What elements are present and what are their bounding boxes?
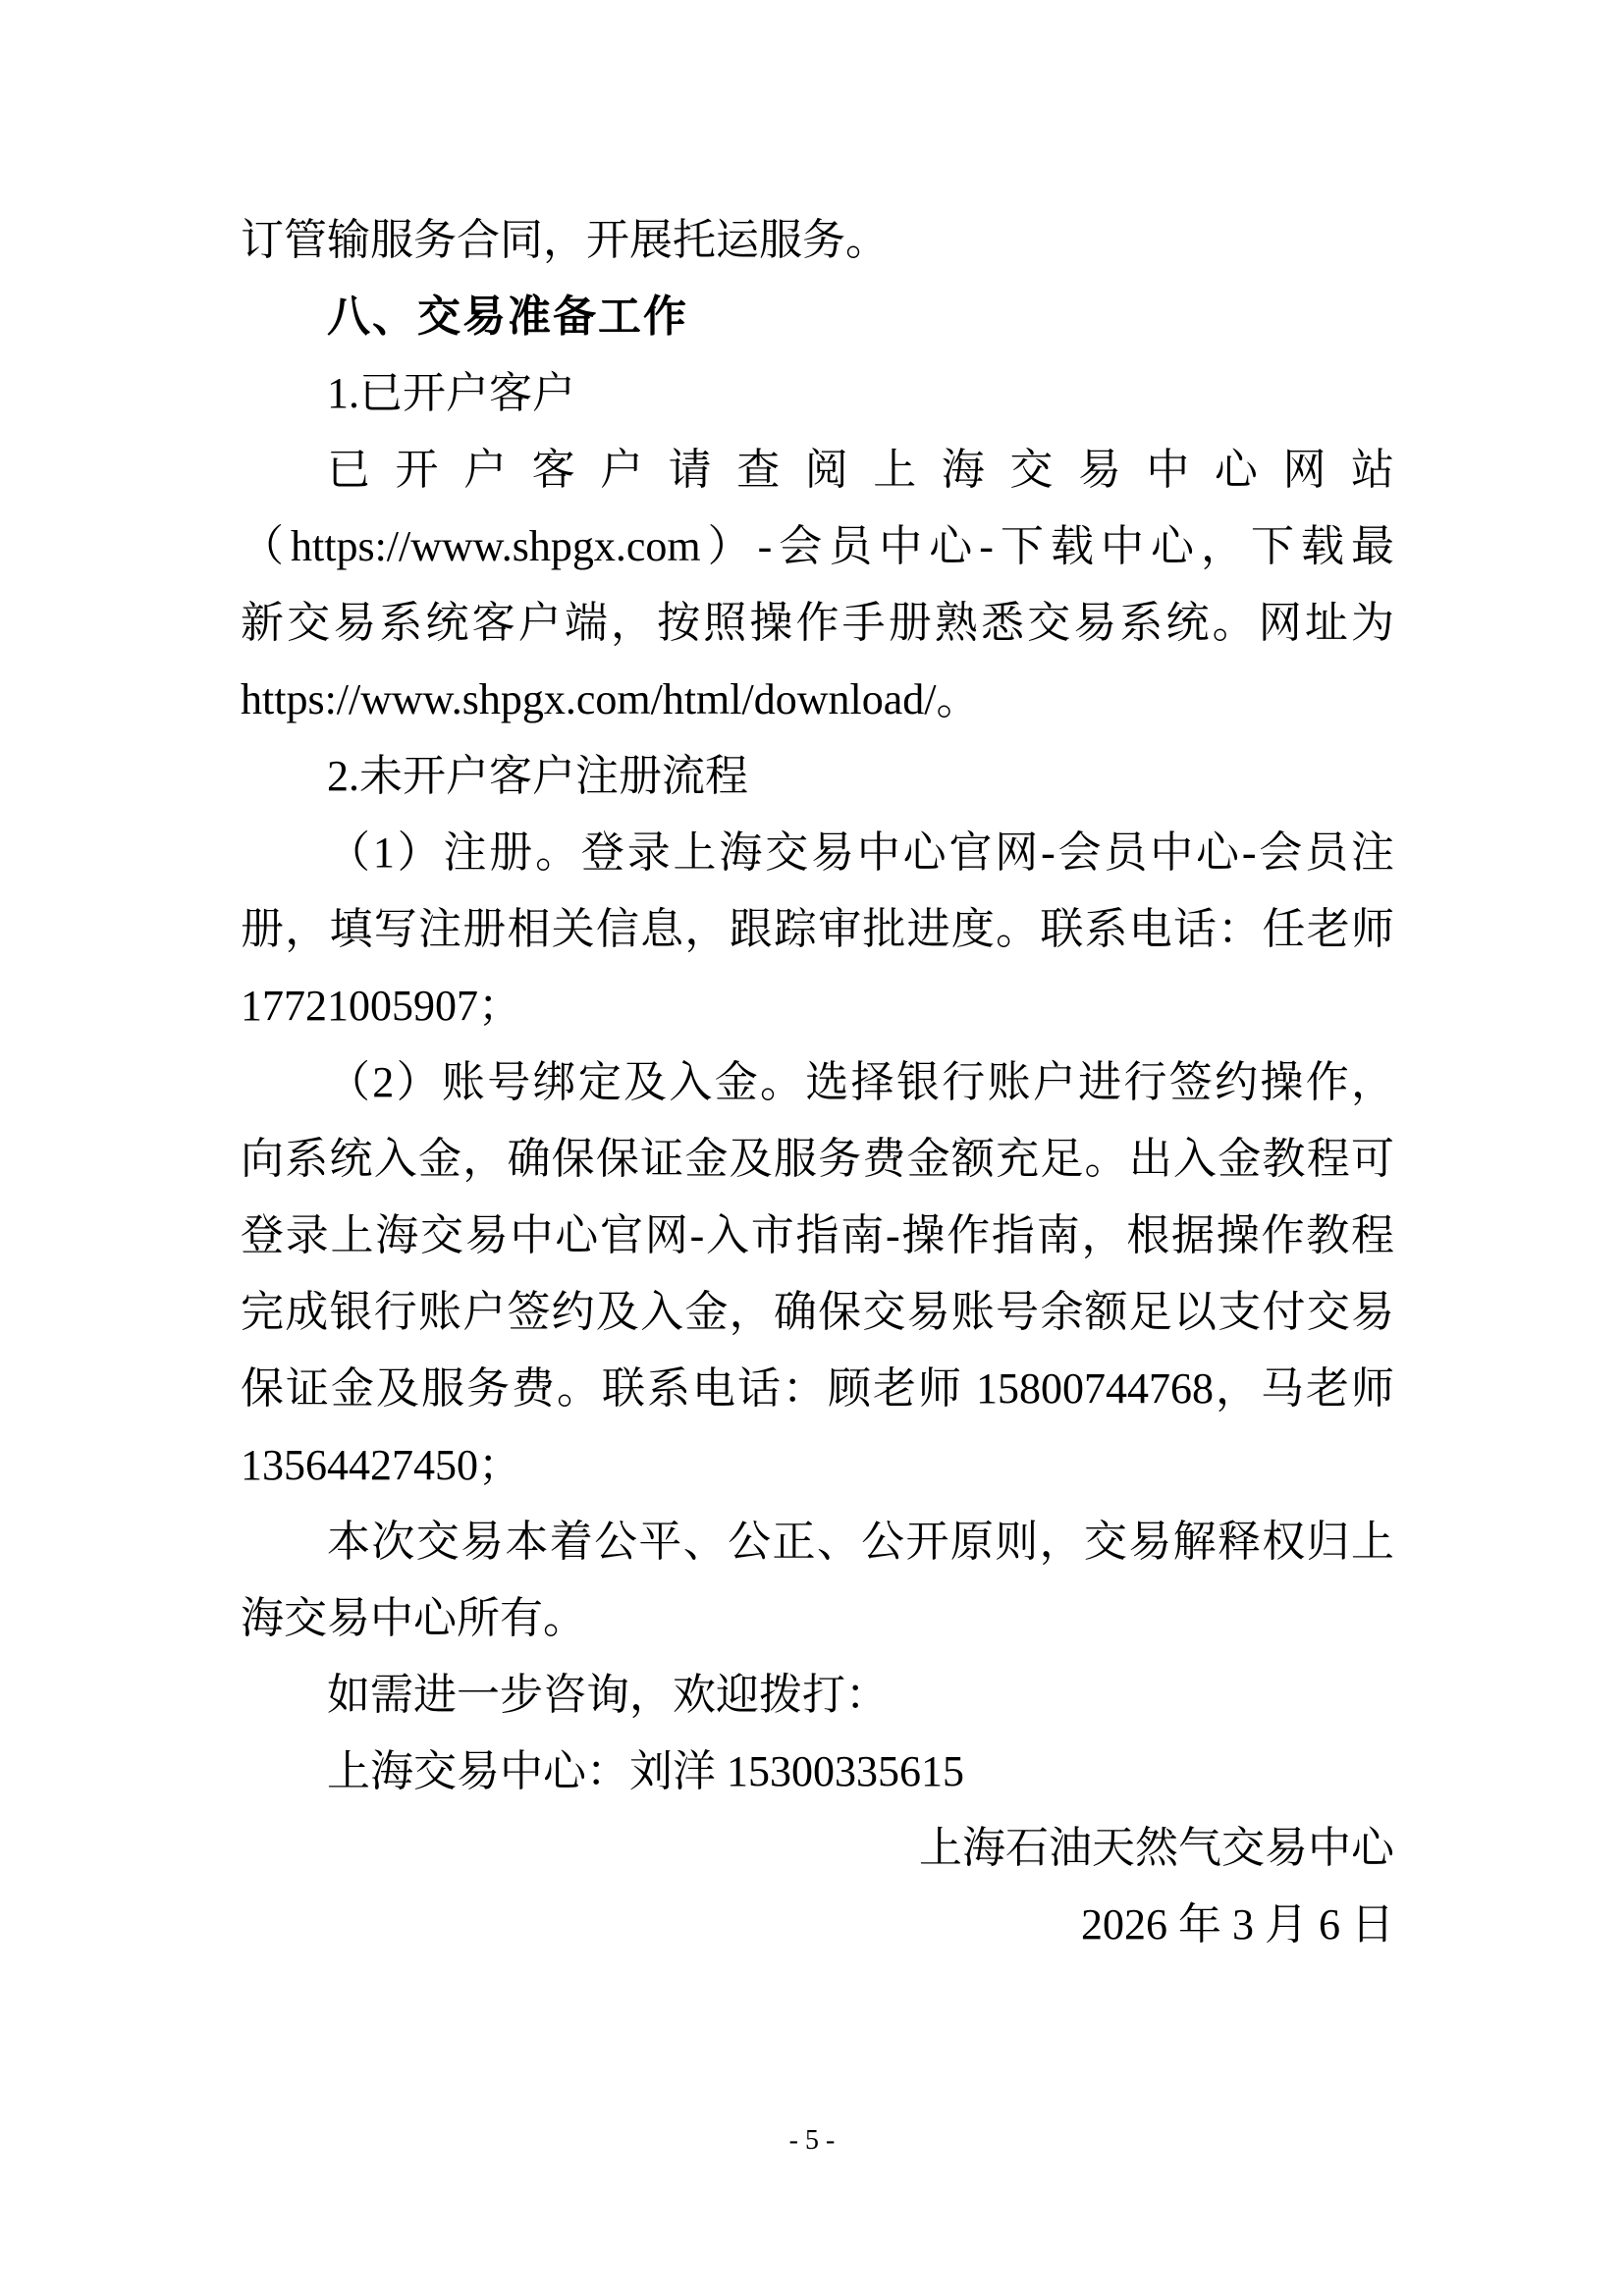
signature-org: 上海石油天然气交易中心 bbox=[241, 1810, 1394, 1887]
item1-title: 1.已开户客户 bbox=[241, 355, 1394, 432]
item2-step2-line-1: （2）账号绑定及入金。选择银行账户进行签约操作， bbox=[241, 1044, 1394, 1121]
document-body: 订管输服务合同，开展托运服务。 八、交易准备工作 1.已开户客户 已开户客户请查… bbox=[241, 202, 1394, 1963]
item2-step1-line-2: 册，填写注册相关信息，跟踪审批进度。联系电话：任老师 bbox=[241, 891, 1394, 968]
item1-para-line-1: 已开户客户请查阅上海交易中心网站 bbox=[241, 432, 1394, 508]
paragraph-carryover-line: 订管输服务合同，开展托运服务。 bbox=[241, 202, 1394, 279]
item2-title: 2.未开户客户注册流程 bbox=[241, 738, 1394, 815]
item2-step2-line-5: 保证金及服务费。联系电话：顾老师 15800744768，马老师 bbox=[241, 1351, 1394, 1427]
contact-line: 上海交易中心：刘洋 15300335615 bbox=[241, 1734, 1394, 1810]
document-page: 订管输服务合同，开展托运服务。 八、交易准备工作 1.已开户客户 已开户客户请查… bbox=[0, 0, 1624, 2296]
item1-para-line-2: （https://www.shpgx.com）-会员中心-下载中心，下载最 bbox=[241, 508, 1394, 585]
closing-line-1: 本次交易本着公平、公正、公开原则，交易解释权归上 bbox=[241, 1504, 1394, 1580]
item2-step2-line-2: 向系统入金，确保保证金及服务费金额充足。出入金教程可 bbox=[241, 1121, 1394, 1198]
item1-download-url-line: https://www.shpgx.com/html/download/。 bbox=[241, 662, 1394, 738]
section-heading: 八、交易准备工作 bbox=[241, 279, 1394, 355]
item2-step2-line-4: 完成银行账户签约及入金，确保交易账号余额足以支付交易 bbox=[241, 1274, 1394, 1351]
item2-step2-line-3: 登录上海交易中心官网-入市指南-操作指南，根据操作教程 bbox=[241, 1198, 1394, 1274]
consult-line: 如需进一步咨询，欢迎拨打： bbox=[241, 1657, 1394, 1734]
closing-line-2: 海交易中心所有。 bbox=[241, 1580, 1394, 1657]
item2-step1-phone-line: 17721005907； bbox=[241, 968, 1394, 1044]
signature-date: 2026 年 3 月 6 日 bbox=[241, 1887, 1394, 1963]
item1-para-line-3: 新交易系统客户端，按照操作手册熟悉交易系统。网址为 bbox=[241, 585, 1394, 662]
item2-step1-line-1: （1）注册。登录上海交易中心官网-会员中心-会员注 bbox=[241, 815, 1394, 891]
page-number: - 5 - bbox=[0, 2120, 1624, 2162]
item2-step2-phone-line: 13564427450； bbox=[241, 1427, 1394, 1504]
